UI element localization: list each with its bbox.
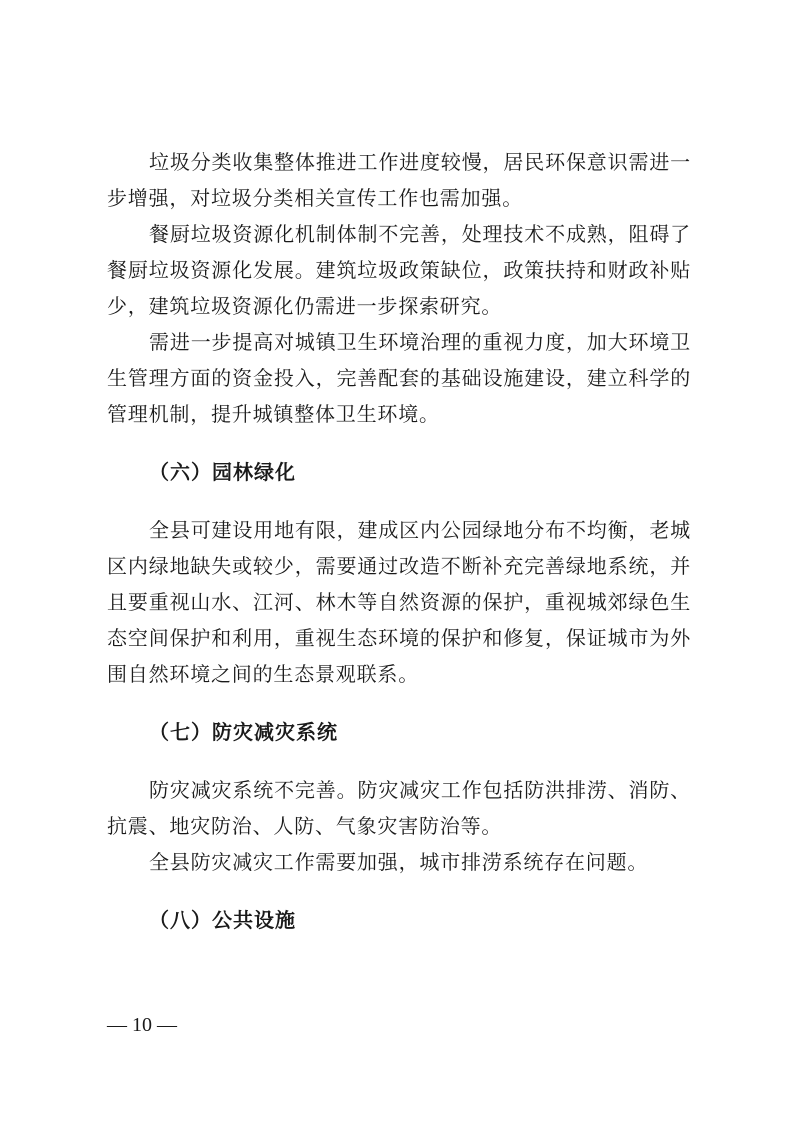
- paragraph-drainage: 全县防灾减灾工作需要加强，城市排涝系统存在问题。: [107, 844, 691, 880]
- section-heading-public-facilities: （八）公共设施: [107, 902, 691, 938]
- spacer: [107, 432, 691, 454]
- paragraph-sanitation: 需进一步提高对城镇卫生环境治理的重视力度，加大环境卫生管理方面的资金投入，完善配…: [107, 324, 691, 432]
- section-heading-landscaping: （六）园林绿化: [107, 454, 691, 490]
- spacer: [107, 692, 691, 714]
- paragraph-waste-sorting: 垃圾分类收集整体推进工作进度较慢，居民环保意识需进一步增强，对垃圾分类相关宣传工…: [107, 144, 691, 216]
- paragraph-green-space: 全县可建设用地有限，建成区内公园绿地分布不均衡，老城区内绿地缺失或较少，需要通过…: [107, 512, 691, 692]
- spacer: [107, 880, 691, 902]
- paragraph-kitchen-waste: 餐厨垃圾资源化机制体制不完善，处理技术不成熟，阻碍了餐厨垃圾资源化发展。建筑垃圾…: [107, 216, 691, 324]
- section-heading-disaster-prevention: （七）防灾减灾系统: [107, 714, 691, 750]
- spacer: [107, 750, 691, 772]
- paragraph-disaster-system: 防灾减灾系统不完善。防灾减灾工作包括防洪排涝、消防、抗震、地灾防治、人防、气象灾…: [107, 772, 691, 844]
- page-number: — 10 —: [107, 1013, 177, 1037]
- document-page: 垃圾分类收集整体推进工作进度较慢，居民环保意识需进一步增强，对垃圾分类相关宣传工…: [107, 144, 691, 938]
- spacer: [107, 490, 691, 512]
